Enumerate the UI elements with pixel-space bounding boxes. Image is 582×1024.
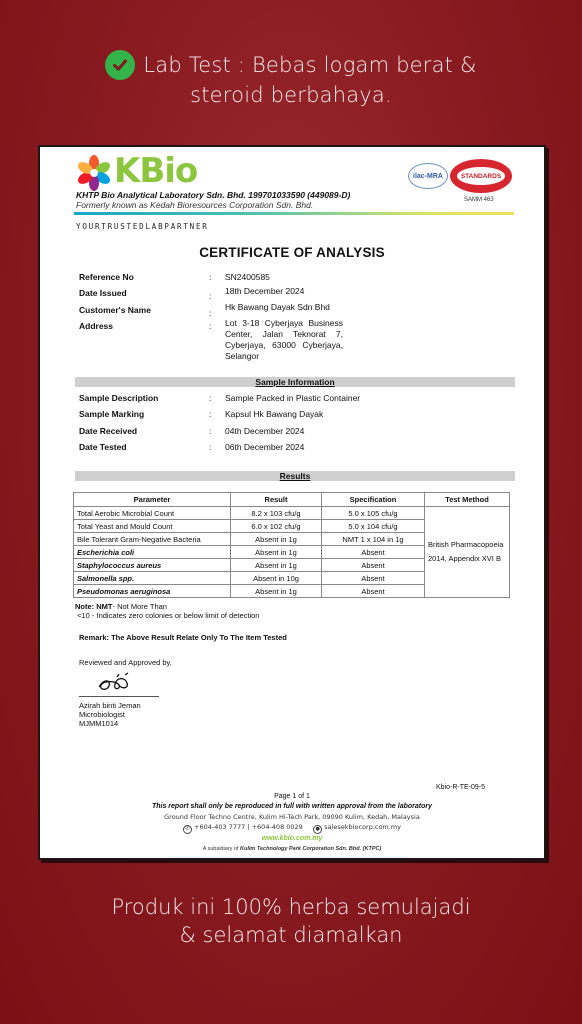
note: Note: NMT- Not More Than <10 - Indicates…	[75, 602, 259, 620]
caption-line1: Produk ini 100% herba semulajadi	[0, 893, 582, 921]
parameter-cell: Salmonella spp.	[74, 572, 231, 585]
ilac-mra-badge: ilac-MRA	[408, 163, 448, 189]
flower-logo-icon	[76, 155, 112, 191]
specification-cell: Absent	[322, 546, 425, 559]
result-cell: 8.2 x 103 cfu/g	[231, 507, 322, 520]
specification-cell: NMT 1 x 104 in 1g	[322, 533, 425, 546]
result-cell: Absent in 1g	[231, 533, 322, 546]
signer-name: Azirah binti Jeman	[79, 701, 141, 710]
specification-cell: Absent	[322, 572, 425, 585]
note-label: Note:	[75, 602, 94, 611]
certificate-document: KBio KHTP Bio Analytical Laboratory Sdn.…	[38, 145, 546, 860]
email-address: salesekbiocorp.com.my	[324, 823, 401, 831]
email-icon: ●	[313, 825, 322, 834]
specification-cell: 5.0 x 104 cfu/g	[322, 520, 425, 533]
parameter-cell: Staphylococcus aureus	[74, 559, 231, 572]
document-footer: Page 1 of 1 This report shall only be re…	[40, 792, 544, 854]
field-value: Hk Bawang Dayak Sdn Bhd	[225, 302, 425, 313]
document-id: Kbio-R-TE-09-5	[436, 784, 485, 791]
field-label: Customer's Name	[79, 305, 199, 316]
field-value: 06th December 2024	[225, 442, 445, 453]
lab-address: Ground Floor Techno Centre, Kulim Hi-Tec…	[40, 812, 544, 822]
note-nmt-text: - Not More Than	[113, 602, 167, 611]
result-cell: Absent in 1g	[231, 585, 322, 598]
parameter-cell: Total Yeast and Mould Count	[74, 520, 231, 533]
parameter-cell: Escherichia coli	[74, 546, 231, 559]
signer-title: Microbiologist	[79, 710, 141, 719]
note-nmt: NMT	[96, 602, 112, 611]
standards-label: STANDARDS	[457, 167, 505, 185]
tagline: YOURTRUSTEDLABPARTNER	[76, 222, 209, 231]
logo-text: KBio	[114, 151, 197, 191]
column-header: Parameter	[74, 493, 231, 507]
formerly-line: Formerly known as Kedah Bioresources Cor…	[76, 200, 313, 210]
sample-information-header: Sample Information	[75, 377, 515, 387]
field-value: Kapsul Hk Bawang Dayak	[225, 409, 445, 420]
phone-icon: ✆	[183, 825, 192, 834]
table-row: Total Aerobic Microbial Count8.2 x 103 c…	[74, 507, 510, 520]
parameter-cell: Bile Tolerant Gram-Negative Bacteria	[74, 533, 231, 546]
column-header: Specification	[322, 493, 425, 507]
signer-id: MJMM1014	[79, 719, 141, 728]
result-cell: Absent in 1g	[231, 546, 322, 559]
table-header-row: Parameter Result Specification Test Meth…	[74, 493, 510, 507]
parameter-cell: Total Aerobic Microbial Count	[74, 507, 231, 520]
company-line: KHTP Bio Analytical Laboratory Sdn. Bhd.…	[76, 190, 350, 200]
field-label: Reference No	[79, 272, 199, 283]
signature-line	[79, 696, 159, 697]
headline-line1: Lab Test : Bebas logam berat &	[143, 51, 476, 79]
specification-cell: Absent	[322, 585, 425, 598]
caption-line2: & selamat diamalkan	[0, 921, 582, 949]
field-value: Sample Packed in Plastic Container	[225, 393, 445, 404]
field-label: Date Issued	[79, 288, 199, 299]
page-title: CERTIFICATE OF ANALYSIS	[40, 245, 544, 260]
headline-line2: steroid berbahaya.	[190, 83, 392, 107]
test-method-cell: British Pharmacopoeia2014, Appendix XVI …	[425, 507, 510, 598]
results-header: Results	[75, 471, 515, 481]
field-value: SN2400585	[225, 272, 425, 283]
field-value: 04th December 2024	[225, 426, 445, 437]
result-cell: Absent in 1g	[231, 559, 322, 572]
field-label: Address	[79, 321, 199, 332]
signer-block: Azirah binti Jeman Microbiologist MJMM10…	[79, 701, 141, 728]
field-value: 18th December 2024	[225, 286, 425, 297]
page-number: Page 1 of 1	[40, 792, 544, 802]
header-divider	[74, 212, 514, 215]
reviewed-label: Reviewed and Approved by,	[79, 658, 172, 667]
website-link[interactable]: www.kbio.com.my	[40, 834, 544, 844]
field-label: Date Received	[79, 426, 199, 437]
headline: Lab Test : Bebas logam berat & steroid b…	[0, 50, 582, 109]
subsidiary-line: A subsidiary of Kulim Technology Park Co…	[40, 844, 544, 854]
parameter-cell: Pseudomonas aeruginosa	[74, 585, 231, 598]
column-header: Test Method	[425, 493, 510, 507]
check-circle-icon	[105, 50, 135, 80]
specification-cell: 5.0 x 105 cfu/g	[322, 507, 425, 520]
remark: Remark: The Above Result Relate Only To …	[79, 633, 287, 642]
results-table: Parameter Result Specification Test Meth…	[73, 492, 510, 598]
phone-numbers: +604-403 7777 | +604-408 0029	[194, 823, 303, 831]
bottom-caption: Produk ini 100% herba semulajadi & selam…	[0, 893, 582, 949]
result-cell: 6.0 x 102 cfu/g	[231, 520, 322, 533]
reproduction-notice: This report shall only be reproduced in …	[40, 802, 544, 812]
column-header: Result	[231, 493, 322, 507]
standards-malaysia-badge: STANDARDS	[450, 159, 512, 193]
result-cell: Absent in 10g	[231, 572, 322, 585]
ilac-label: ilac-MRA	[413, 173, 443, 180]
field-value: Lot 3-18 Cyberjaya Business Center, Jala…	[225, 318, 343, 362]
field-label: Sample Description	[79, 393, 199, 404]
field-label: Sample Marking	[79, 409, 199, 420]
samm-number: SAMM 463	[464, 197, 494, 203]
field-label: Date Tested	[79, 442, 199, 453]
specification-cell: Absent	[322, 559, 425, 572]
note-line2: <10 - Indicates zero colonies or below l…	[77, 611, 259, 620]
